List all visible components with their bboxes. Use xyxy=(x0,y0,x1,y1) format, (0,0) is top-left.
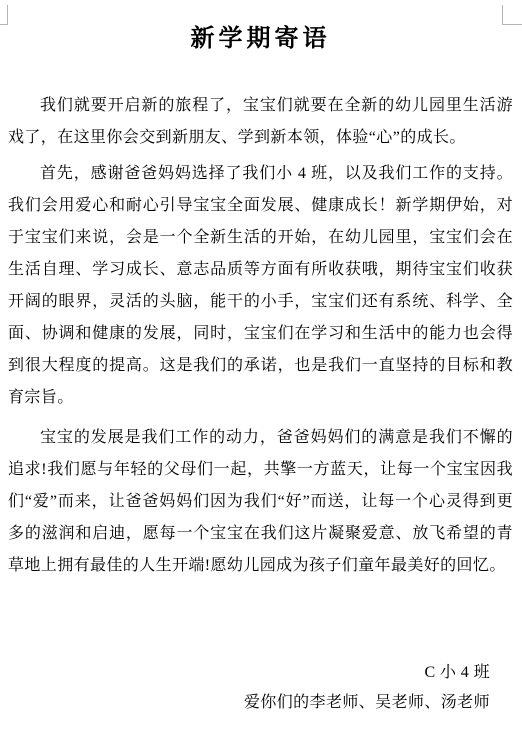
paragraph-commitment: 宝宝的发展是我们工作的动力，爸爸妈妈们的满意是我们不懈的追求!我们愿与年轻的父母… xyxy=(8,422,513,582)
paragraph-intro: 我们就要开启新的旅程了，宝宝们就要在全新的幼儿园里生活游戏了，在这里你会交到新朋… xyxy=(8,90,513,154)
document-page: 新学期寄语 我们就要开启新的旅程了，宝宝们就要在全新的幼儿园里生活游戏了，在这里… xyxy=(0,0,522,747)
document-content: 新学期寄语 我们就要开启新的旅程了，宝宝们就要在全新的幼儿园里生活游戏了，在这里… xyxy=(8,0,513,718)
signature-block: C 小 4 班 爱你们的李老师、吴老师、汤老师 xyxy=(8,658,513,718)
page-title: 新学期寄语 xyxy=(8,23,513,55)
paragraph-thanks-and-goals: 首先，感谢爸爸妈妈选择了我们小 4 班，以及我们工作的支持。我们会用爱心和耐心引… xyxy=(8,158,513,414)
signature-class-name: C 小 4 班 xyxy=(8,658,490,688)
signature-teachers: 爱你们的李老师、吴老师、汤老师 xyxy=(8,688,490,718)
margin-mark-top-left-horizontal xyxy=(0,24,8,25)
